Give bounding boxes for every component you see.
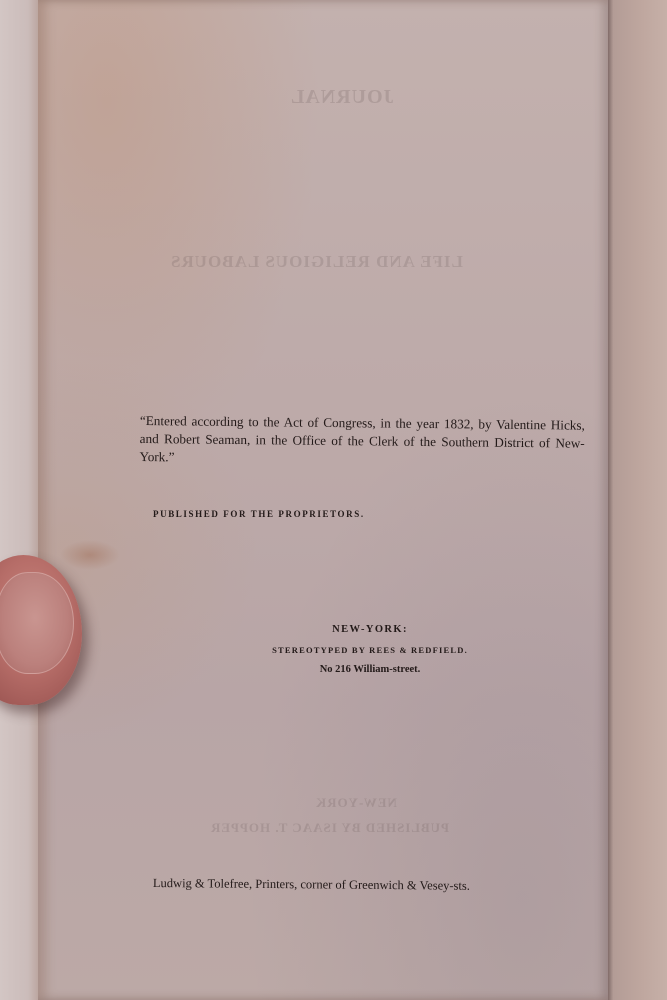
imprint-city: NEW-YORK: xyxy=(250,624,490,635)
printers-line: Ludwig & Tolefree, Printers, corner of G… xyxy=(153,876,470,894)
bleed-through-subtitle: LIFE AND RELIGIOUS LABOURS xyxy=(170,252,463,272)
copyright-notice: “Entered according to the Act of Congres… xyxy=(139,412,585,471)
published-line: PUBLISHED FOR THE PROPRIETORS. xyxy=(153,509,365,519)
bleed-through-publisher: PUBLISHED BY ISAAC T. HOPPER xyxy=(210,820,449,836)
bleed-through-city: NEW-YORK xyxy=(315,795,397,811)
page-stain xyxy=(60,540,120,570)
adjacent-left-page xyxy=(0,0,40,1000)
imprint-stereotyper: STEREOTYPED BY REES & REDFIELD. xyxy=(250,645,490,655)
book-page xyxy=(38,0,608,1000)
imprint-address: No 216 William-street. xyxy=(250,664,490,675)
bleed-through-title: JOURNAL xyxy=(290,86,394,109)
adjacent-right-page xyxy=(606,0,667,1000)
